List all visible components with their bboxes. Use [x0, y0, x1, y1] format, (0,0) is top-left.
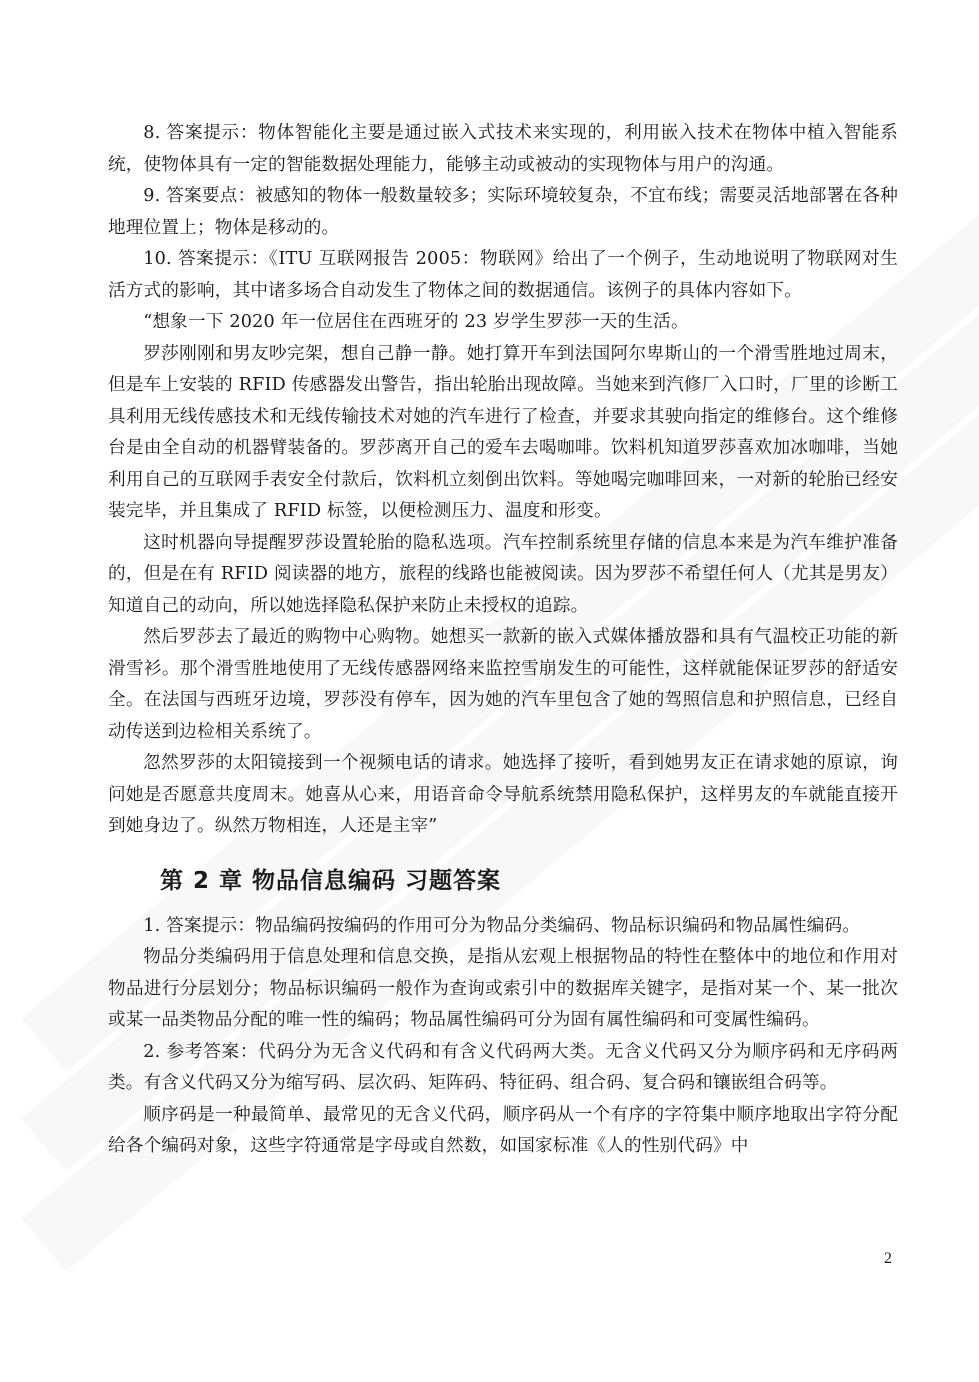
ch2-answer-1-detail: 物品分类编码用于信息处理和信息交换，是指从宏观上根据物品的特性在整体中的地位和作… [108, 942, 898, 1037]
answer-8: 8. 答案提示：物体智能化主要是通过嵌入式技术来实现的，利用嵌入技术在物体中植入… [108, 118, 898, 181]
document-page: 8. 答案提示：物体智能化主要是通过嵌入式技术来实现的，利用嵌入技术在物体中植入… [108, 118, 898, 1163]
ch2-answer-2: 2. 参考答案：代码分为无含义代码和有含义代码两大类。无含义代码又分为顺序码和无… [108, 1037, 898, 1100]
quote-intro: “想象一下 2020 年一位居住在西班牙的 23 岁学生罗莎一天的生活。 [108, 307, 898, 339]
page-number: 2 [884, 1250, 892, 1268]
answer-10: 10. 答案提示：《ITU 互联网报告 2005：物联网》给出了一个例子，生动地… [108, 244, 898, 307]
story-paragraph-3: 然后罗莎去了最近的购物中心购物。她想买一款新的嵌入式媒体播放器和具有气温校正功能… [108, 622, 898, 748]
story-paragraph-4: 忽然罗莎的太阳镜接到一个视频电话的请求。她选择了接听，看到她男友正在请求她的原谅… [108, 748, 898, 843]
ch2-answer-2-detail: 顺序码是一种最简单、最常见的无含义代码，顺序码从一个有序的字符集中顺序地取出字符… [108, 1100, 898, 1163]
answer-9: 9. 答案要点：被感知的物体一般数量较多；实际环境较复杂，不宜布线；需要灵活地部… [108, 181, 898, 244]
chapter-2-title: 第 2 章 物品信息编码 习题答案 [160, 861, 898, 901]
story-paragraph-2: 这时机器向导提醒罗莎设置轮胎的隐私选项。汽车控制系统里存储的信息本来是为汽车维护… [108, 528, 898, 623]
ch2-answer-1: 1. 答案提示：物品编码按编码的作用可分为物品分类编码、物品标识编码和物品属性编… [108, 911, 898, 943]
story-paragraph-1: 罗莎刚刚和男友吵完架，想自己静一静。她打算开车到法国阿尔卑斯山的一个滑雪胜地过周… [108, 339, 898, 528]
